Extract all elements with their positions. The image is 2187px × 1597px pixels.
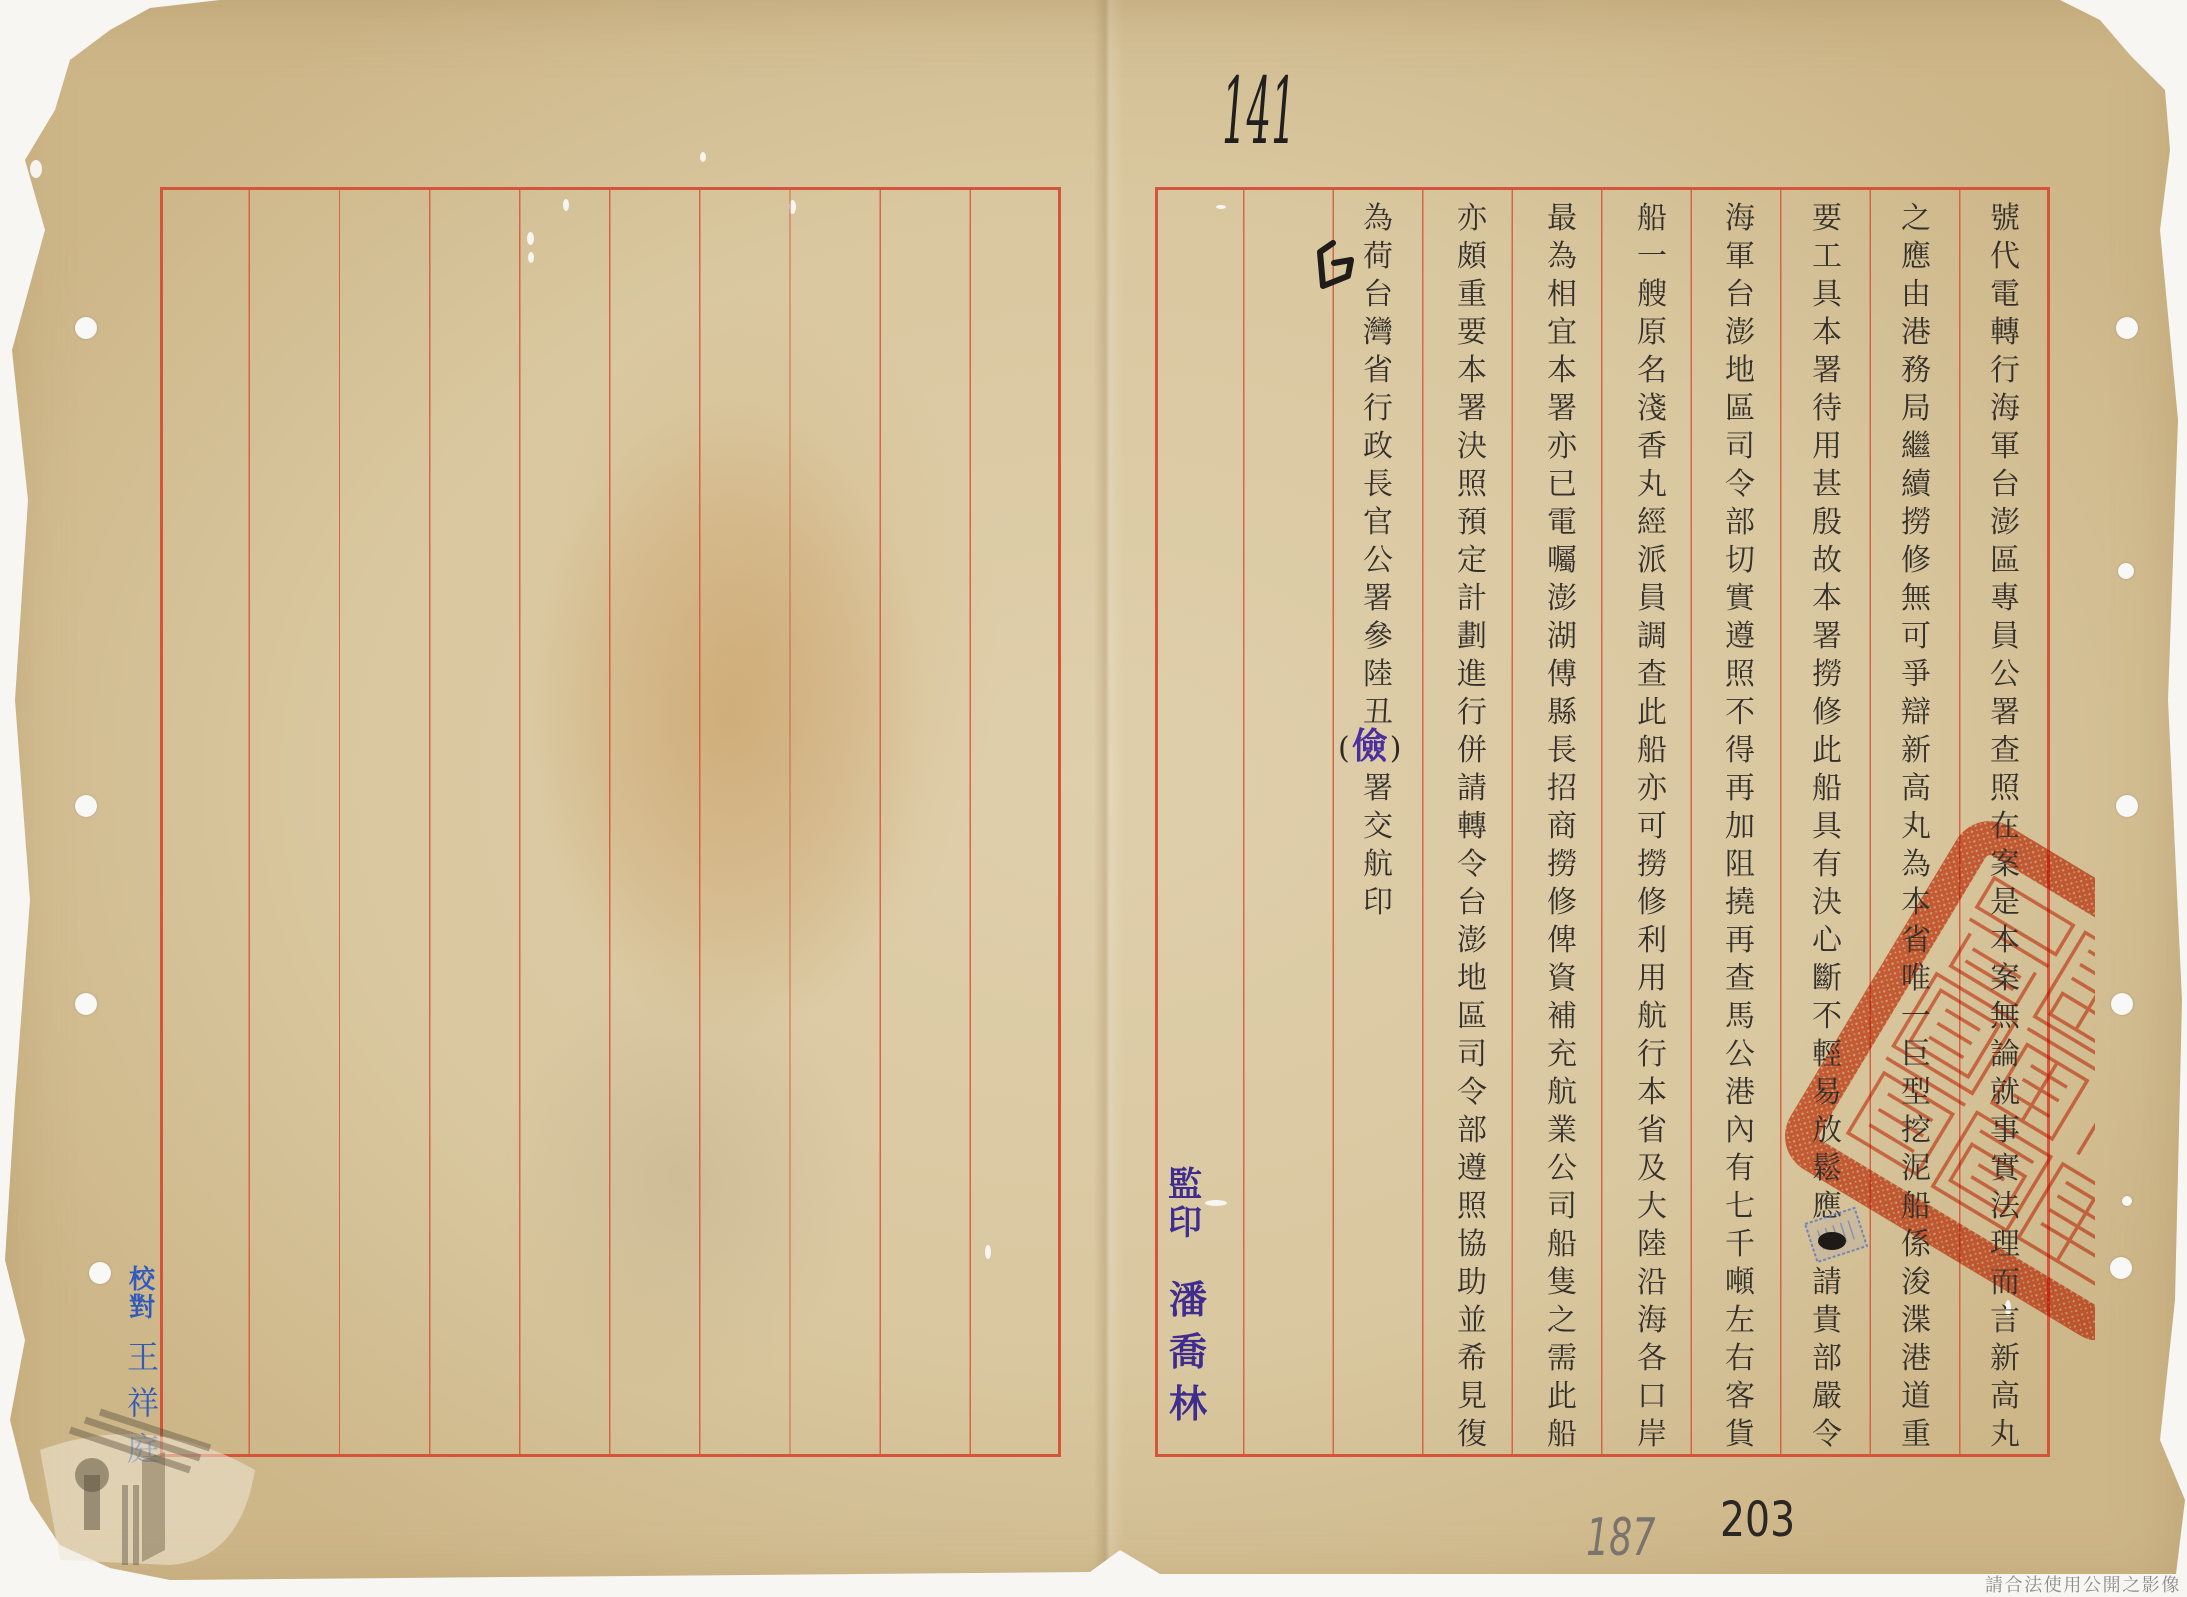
seal-open-paren: ( [1338,731,1350,766]
archive-logo-icon [40,1390,270,1570]
text-column-3-continued: 請貴部嚴令 [1810,1264,1844,1454]
punch-hole [2110,1257,2132,1279]
seal-character: 儉 [1350,725,1390,767]
usage-notice: 請合法使用公開之影像 [1985,1575,2181,1597]
punch-hole [2116,795,2138,817]
left-page-ruled-frame [160,187,1061,1457]
date-seal: (儉) [1338,726,1401,766]
seal-close-paren: ) [1390,731,1402,766]
folio-number: 141 [1222,62,1296,162]
supervisor-stamp-name: 潘喬林 [1166,1274,1210,1430]
text-column-3: 要工具本署待用甚殷故本署撈修此船具有決心斷不輕易放鬆應 [1810,200,1844,1226]
text-column-1: 號代電轉行海軍台澎區專員公署查照在案是本案無論就事實法理而言新高丸 [1988,200,2022,1454]
proofreader-stamp-label: 校對 [124,1266,160,1322]
official-red-seal [1700,780,2095,1340]
ink-page-number: 203 [1720,1492,1795,1548]
punch-hole [75,993,97,1015]
text-column-7: 亦頗重要本署決照預定計劃進行併請轉令台澎地區司令部遵照協助並希見復 [1455,200,1489,1454]
punch-hole [2116,317,2138,339]
punch-hole [2111,993,2133,1015]
punch-hole [75,795,97,817]
text-column-8-continued: 署交航印 [1361,770,1395,922]
pencil-page-number: 187 [1586,1508,1655,1568]
punch-hole [2122,1196,2132,1206]
text-column-6: 最為相宜本署亦已電囑澎湖傅縣長招商撈修俾資補充航業公司船隻之需此船 [1545,200,1579,1454]
punch-hole [89,1262,111,1284]
text-column-2: 之應由港務局繼續撈修無可爭辯新高丸為本省唯一巨型挖泥船係浚渫港道重 [1899,200,1933,1454]
supervisor-stamp-label: 監印 [1165,1166,1205,1242]
punch-hole [2118,563,2134,579]
text-column-5: 船一艘原名淺香丸經派員調查此船亦可撈修利用航行本省及大陸沿海各口岸 [1635,200,1669,1454]
ink-correction-blot [1818,1232,1846,1250]
text-column-4: 海軍台澎地區司令部切實遵照不得再加阻撓再查馬公港內有七千噸左右客貨 [1723,200,1757,1454]
punch-hole [75,317,97,339]
seal-icon [1700,780,2095,1340]
handwritten-mark-icon [0,0,2187,320]
